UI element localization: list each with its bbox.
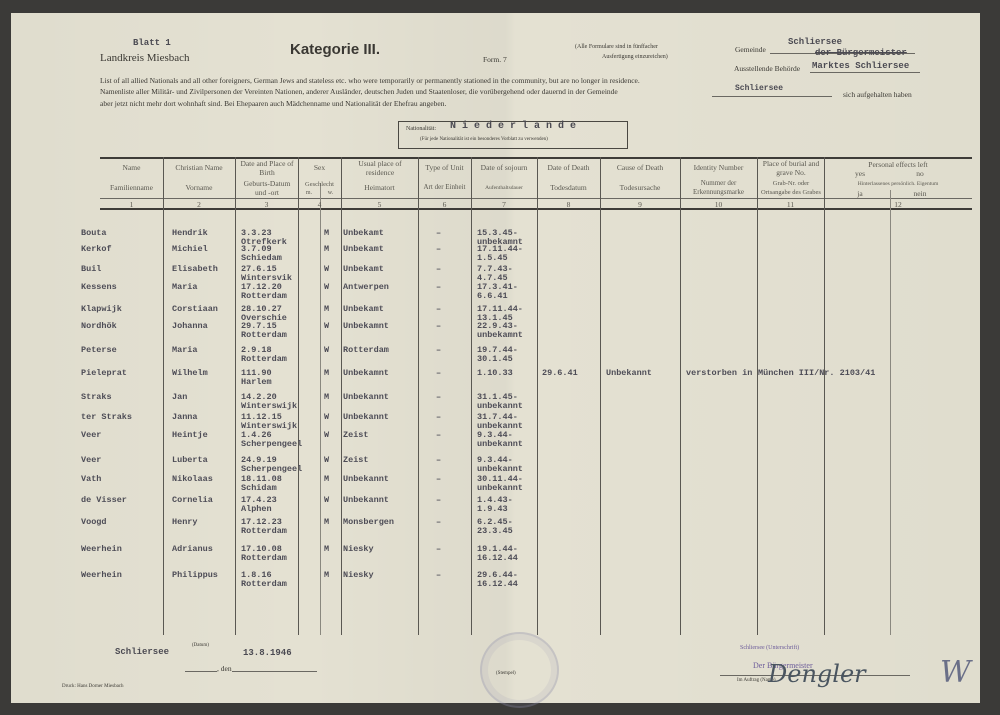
cell-sex: M xyxy=(324,571,329,580)
cell-sex: M xyxy=(324,475,329,484)
cell-first-name: Corstiaan xyxy=(172,305,218,314)
cell-birth-place: Harlem xyxy=(241,378,272,387)
cell-birth-place: Scherpengeel xyxy=(241,440,302,449)
nationality-value: N i e d e r l a n d e xyxy=(450,121,576,132)
intro-german-1: Namenliste aller Militär- und Zivilperso… xyxy=(100,87,618,96)
col-header-en: Christian Name xyxy=(163,163,235,172)
cell-sex: W xyxy=(324,496,329,505)
signature: Dengler xyxy=(768,660,866,688)
cell-unit-type: – xyxy=(436,456,441,465)
col-header-de: Art der Einheit xyxy=(418,183,471,192)
footer-place: Schliersee xyxy=(115,647,169,657)
col-header-de: Nummer der Erkennungsmarke xyxy=(683,179,754,197)
cell-identity-number: verstorben in xyxy=(686,369,752,378)
district-name: Landkreis Miesbach xyxy=(100,52,190,64)
table-row: VeerLuberta24.9.19WZeist–9.3.44-Scherpen… xyxy=(0,456,1000,476)
intro-german-end: sich aufgehalten haben xyxy=(843,90,912,99)
cell-residence: Unbekamnt xyxy=(343,369,389,378)
col-header-en: Name xyxy=(100,163,163,172)
sheet-number: Blatt 1 xyxy=(133,38,171,48)
cell-unit-type: – xyxy=(436,245,441,254)
cell-birth-place: Rotterdam xyxy=(241,580,287,589)
cell-unit-type: – xyxy=(436,393,441,402)
table-row: de VisserCornelia17.4.23WUnbekannt–1.4.4… xyxy=(0,496,1000,516)
cell-first-name: Henry xyxy=(172,518,198,527)
col-header-de: Geschlecht xyxy=(298,180,341,189)
official-seal-stamp xyxy=(480,632,559,708)
cell-residence: Monsbergen xyxy=(343,518,394,527)
cell-residence: Unbekannt xyxy=(343,475,389,484)
col-header-num: 9 xyxy=(600,200,680,209)
col-header-en: Type of Unit xyxy=(418,163,471,172)
cell-surname: Bouta xyxy=(81,229,107,238)
cell-sojourn-end: unbekannt xyxy=(477,402,523,411)
col-header-en: Cause of Death xyxy=(600,163,680,172)
cell-unit-type: – xyxy=(436,496,441,505)
col-header-en-no: no xyxy=(900,169,940,178)
intro-community: Schliersee xyxy=(735,84,783,93)
col-header-num: 6 xyxy=(418,200,471,209)
cell-unit-type: – xyxy=(436,518,441,527)
cell-residence: Unbekamt xyxy=(343,245,384,254)
cell-first-name: Janna xyxy=(172,413,198,422)
cell-surname: Veer xyxy=(81,431,101,440)
cell-unit-type: – xyxy=(436,545,441,554)
cell-birth-place: Rotterdam xyxy=(241,292,287,301)
cell-surname: Weerhein xyxy=(81,545,122,554)
cell-surname: Kerkof xyxy=(81,245,112,254)
cell-surname: Voogd xyxy=(81,518,107,527)
cell-first-name: Wilhelm xyxy=(172,369,208,378)
cell-residence: Rotterdam xyxy=(343,346,389,355)
cell-sojourn-end: 1.9.43 xyxy=(477,505,508,514)
form-number: Form. 7 xyxy=(483,55,507,64)
cell-sojourn-end: 16.12.44 xyxy=(477,554,518,563)
cell-surname: Straks xyxy=(81,393,112,402)
cell-unit-type: – xyxy=(436,369,441,378)
cell-sex: W xyxy=(324,413,329,422)
cell-sex: W xyxy=(324,346,329,355)
table-row: NordhökJohanna29.7.15WUnbekamnt–22.9.43-… xyxy=(0,322,1000,342)
cell-sex: W xyxy=(324,283,329,292)
cell-sojourn-end: unbekannt xyxy=(477,484,523,493)
cell-first-name: Heintje xyxy=(172,431,208,440)
cell-first-name: Johanna xyxy=(172,322,208,331)
cell-birth-place: Rotterdam xyxy=(241,554,287,563)
cell-death-date: 29.6.41 xyxy=(542,369,578,378)
col-header-en: Date of Death xyxy=(537,163,600,172)
col-header-de: Hinterlassenes persönlich. Eigentum xyxy=(824,180,972,189)
col-header-de: Heimatort xyxy=(341,183,418,192)
authority-underline xyxy=(810,72,920,73)
cell-sex: W xyxy=(324,322,329,331)
col-header-num: 1 xyxy=(100,200,163,209)
cell-first-name: Hendrik xyxy=(172,229,208,238)
cell-burial-place: München III/Nr. 2103/41 xyxy=(758,369,875,378)
col-header-de: Familienname xyxy=(100,183,163,192)
col-header-num: 8 xyxy=(537,200,600,209)
header-rule xyxy=(100,198,972,199)
cell-surname: Kessens xyxy=(81,283,117,292)
cell-first-name: Michiel xyxy=(172,245,208,254)
cell-birth-place: Rotterdam xyxy=(241,527,287,536)
cell-birth-place: Alphen xyxy=(241,505,272,514)
cell-unit-type: – xyxy=(436,571,441,580)
table-row: WeerheinAdrianus17.10.08MNiesky–19.1.44-… xyxy=(0,545,1000,565)
cell-sex: M xyxy=(324,369,329,378)
intro-english: List of all allied Nationals and all oth… xyxy=(100,76,930,85)
cell-birth-place: Schidam xyxy=(241,484,277,493)
cell-surname: de Visser xyxy=(81,496,127,505)
stamp-label: (Stempel) xyxy=(496,671,516,676)
col-header-num: 2 xyxy=(163,200,235,209)
cell-sex: W xyxy=(324,265,329,274)
footer-underline-1 xyxy=(185,671,217,672)
signature-stamp-1: Schliersee (Unterschrift) xyxy=(740,645,799,651)
col-header-de: Geburts-Datum und -ort xyxy=(238,179,296,197)
cell-sojourn-end: 16.12.44 xyxy=(477,580,518,589)
col-header-en: Place of burial and grave No. xyxy=(760,159,822,177)
cell-residence: Niesky xyxy=(343,571,374,580)
col-header-de-no: nein xyxy=(900,189,940,198)
cell-surname: Veer xyxy=(81,456,101,465)
col-header-num: 11 xyxy=(757,200,824,209)
col-header-num: 4 xyxy=(298,200,341,209)
cell-sex: M xyxy=(324,545,329,554)
cell-unit-type: – xyxy=(436,475,441,484)
col-header-num: 3 xyxy=(235,200,298,209)
cell-sojourn-end: 23.3.45 xyxy=(477,527,513,536)
cell-birth-place: Rotterdam xyxy=(241,355,287,364)
cell-birth-place: Winterswijk xyxy=(241,402,297,411)
cell-sex: W xyxy=(324,431,329,440)
cell-birth-place: Scherpengeel xyxy=(241,465,302,474)
col-header-de: Aufenthaltsdauer xyxy=(471,184,537,193)
col-header-en: Sex xyxy=(298,163,341,172)
cell-surname: Weerhein xyxy=(81,571,122,580)
cell-birth-place: Schiedam xyxy=(241,254,282,263)
cell-sex: M xyxy=(324,229,329,238)
printer-credit: Druck: Hans Dorner Miesbach xyxy=(62,684,124,689)
cell-first-name: Maria xyxy=(172,346,198,355)
intro-german-2: aber jetzt nicht mehr dort wohnhaft sind… xyxy=(100,99,446,108)
category-title: Kategorie III. xyxy=(290,41,380,58)
col-header-de: Vorname xyxy=(163,183,235,192)
cell-sojourn-end: unbekannt xyxy=(477,465,523,474)
cell-unit-type: – xyxy=(436,305,441,314)
col-header-en: Date and Place of Birth xyxy=(238,159,296,177)
footer-underline-2 xyxy=(232,671,317,672)
cell-sojourn-end: unbekamnt xyxy=(477,331,523,340)
nationality-label: Nationalität: xyxy=(406,126,436,132)
table-row: WeerheinPhilippus1.8.16MNiesky–29.6.44-R… xyxy=(0,571,1000,591)
cell-residence: Unbekannt xyxy=(343,393,389,402)
community-value: Schliersee xyxy=(788,37,842,47)
table-top-rule xyxy=(100,157,972,159)
footer-date-value: 13.8.1946 xyxy=(243,648,292,658)
cell-birth-place: Rotterdam xyxy=(241,331,287,340)
cell-surname: Klapwijk xyxy=(81,305,122,314)
cell-first-name: Philippus xyxy=(172,571,218,580)
cell-residence: Niesky xyxy=(343,545,374,554)
table-row: PeterseMaria2.9.18WRotterdam–19.7.44-Rot… xyxy=(0,346,1000,366)
authority-value-2: Marktes Schliersee xyxy=(812,61,909,71)
cell-surname: Nordhök xyxy=(81,322,117,331)
cell-first-name: Jan xyxy=(172,393,187,402)
table-row: KerkofMichiel3.7.09MUnbekamt–17.11.44-Sc… xyxy=(0,245,1000,265)
cell-unit-type: – xyxy=(436,265,441,274)
col-header-en: Usual place of residence xyxy=(350,159,410,177)
table-row: VathNikolaas18.11.08MUnbekannt–30.11.44-… xyxy=(0,475,1000,495)
cell-first-name: Nikolaas xyxy=(172,475,213,484)
cell-death-cause: Unbekannt xyxy=(606,369,652,378)
cell-unit-type: – xyxy=(436,322,441,331)
cell-residence: Antwerpen xyxy=(343,283,389,292)
col-header-sub-w: w. xyxy=(320,189,341,198)
form-note: (Alle Formulare sind in fünffacher xyxy=(575,44,658,50)
cell-unit-type: – xyxy=(436,229,441,238)
cell-residence: Unbekamt xyxy=(343,229,384,238)
cell-sex: W xyxy=(324,456,329,465)
table-row: KessensMaria17.12.20WAntwerpen–17.3.41-R… xyxy=(0,283,1000,303)
cell-sojourn-end: 1.5.45 xyxy=(477,254,508,263)
authority-label: Ausstellende Behörde xyxy=(734,64,800,73)
col-header-en: Date of sojourn xyxy=(471,163,537,172)
cell-sojourn-start: 1.10.33 xyxy=(477,369,513,378)
authority-value-1: der Bürgermeister xyxy=(815,48,907,58)
cell-surname: Buil xyxy=(81,265,101,274)
community-label: Gemeinde xyxy=(735,45,766,54)
col-header-de-yes: ja xyxy=(840,189,880,198)
col-header-de: Todesdatum xyxy=(537,183,600,192)
cell-first-name: Elisabeth xyxy=(172,265,218,274)
table-row: VeerHeintje1.4.26WZeist–9.3.44-Scherpeng… xyxy=(0,431,1000,451)
col-header-num: 10 xyxy=(680,200,757,209)
cell-sex: M xyxy=(324,305,329,314)
table-row: StraksJan14.2.20MUnbekannt–31.1.45-Winte… xyxy=(0,393,1000,413)
table-row: PielepratWilhelm111.90MUnbekamnt–1.10.33… xyxy=(0,369,1000,389)
col-header-num: 7 xyxy=(471,200,537,209)
col-header-en: Identity Number xyxy=(680,163,757,172)
table-row: VoogdHenry17.12.23MMonsbergen–6.2.45-Rot… xyxy=(0,518,1000,538)
cell-sojourn-end: unbekannt xyxy=(477,440,523,449)
cell-unit-type: – xyxy=(436,346,441,355)
cell-sex: M xyxy=(324,245,329,254)
cell-first-name: Maria xyxy=(172,283,198,292)
cell-surname: Peterse xyxy=(81,346,117,355)
cell-residence: Unbekamnt xyxy=(343,322,389,331)
cell-residence: Unbekamt xyxy=(343,305,384,314)
cell-sex: M xyxy=(324,518,329,527)
cell-residence: Unbekannt xyxy=(343,413,389,422)
initial-mark: W xyxy=(940,655,971,690)
footer-date-label: (Datum) xyxy=(192,643,209,648)
col-header-de: Todesursache xyxy=(600,183,680,192)
nationality-note: (Für jede Nationalität ist ein besondere… xyxy=(420,137,548,142)
footer-den: , den xyxy=(217,664,232,673)
cell-first-name: Luberta xyxy=(172,456,208,465)
cell-sojourn-end: 30.1.45 xyxy=(477,355,513,364)
cell-unit-type: – xyxy=(436,413,441,422)
col-header-num: 5 xyxy=(341,200,418,209)
col-header-en: Personal effects left xyxy=(824,160,972,169)
col-header-de: Grab-Nr. oder Ortsangabe des Grabes xyxy=(760,179,822,197)
cell-residence: Zeist xyxy=(343,456,369,465)
cell-surname: Pieleprat xyxy=(81,369,127,378)
col-header-num: 12 xyxy=(824,200,972,209)
cell-residence: Unbekannt xyxy=(343,496,389,505)
cell-surname: ter Straks xyxy=(81,413,132,422)
col-header-sub-m: m. xyxy=(298,189,320,198)
cell-unit-type: – xyxy=(436,431,441,440)
cell-unit-type: – xyxy=(436,283,441,292)
col-header-en-yes: yes xyxy=(840,169,880,178)
cell-surname: Vath xyxy=(81,475,101,484)
cell-residence: Unbekamt xyxy=(343,265,384,274)
form-note-2: Ausfertigung einzureichen) xyxy=(602,54,668,60)
cell-sojourn-end: 6.6.41 xyxy=(477,292,508,301)
cell-sex: M xyxy=(324,393,329,402)
cell-first-name: Cornelia xyxy=(172,496,213,505)
intro-underline xyxy=(712,96,832,97)
cell-first-name: Adrianus xyxy=(172,545,213,554)
cell-residence: Zeist xyxy=(343,431,369,440)
